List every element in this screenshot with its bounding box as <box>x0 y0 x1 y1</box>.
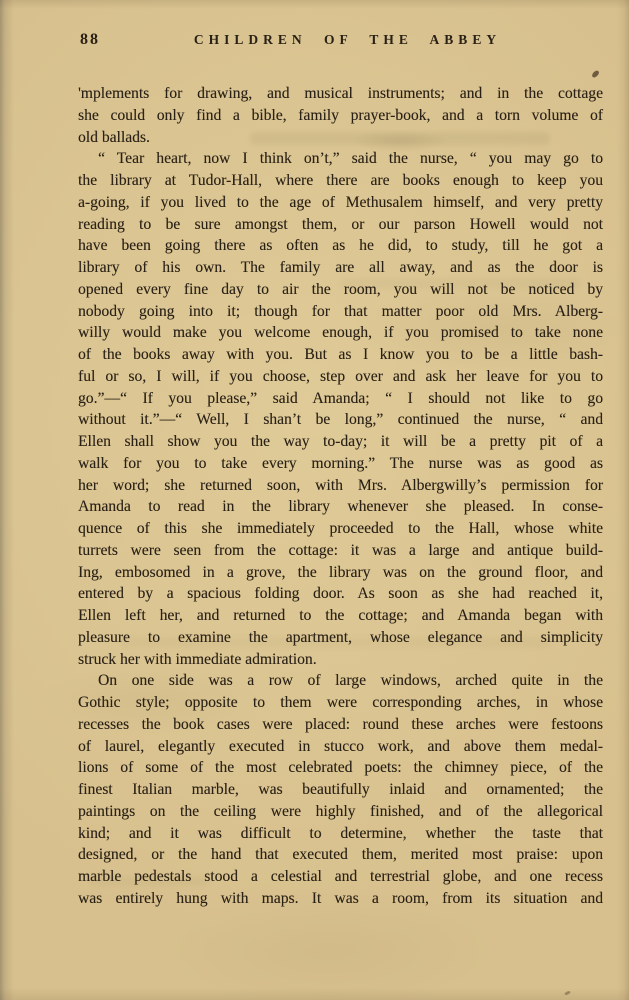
text-line: kind; and it was difficult to determine,… <box>78 823 603 845</box>
text-line: of laurel, elegantly executed in stucco … <box>78 736 603 758</box>
paragraph: “ Tear heart, now I think on’t,” said th… <box>78 148 603 670</box>
text-line: library of his own. The family are all a… <box>78 257 603 279</box>
text-line: walk for you to take every morning.” The… <box>78 453 603 475</box>
text-line: her word; she returned soon, with Mrs. A… <box>78 475 603 497</box>
text-line: Ellen left her, and returned to the cott… <box>78 605 603 627</box>
text-line: old ballads. <box>78 127 603 149</box>
text-line: pleasure to examine the apartment, whose… <box>78 627 603 649</box>
text-line: ful or so, I will, if you choose, step o… <box>78 366 603 388</box>
text-line: she could only find a bible, family pray… <box>78 105 603 127</box>
text-line: willy would make you welcome enough, if … <box>78 322 603 344</box>
text-line: recesses the book cases were placed: rou… <box>78 714 603 736</box>
text-line: was entirely hung with maps. It was a ro… <box>78 888 603 910</box>
text-line: entered by a spacious folding door. As s… <box>78 583 603 605</box>
text-line: without it.”—“ Well, I shan’t be long,” … <box>78 409 603 431</box>
text-line: a-going, if you lived to the age of Meth… <box>78 192 603 214</box>
ink-speck <box>564 990 571 996</box>
text-line: Ellen shall show you the way to-day; it … <box>78 431 603 453</box>
text-line: marble pedestals stood a celestial and t… <box>78 866 603 888</box>
text-line: Ing, embosomed in a grove, the library w… <box>78 562 603 584</box>
running-title: CHILDREN OF THE ABBEY <box>78 30 603 48</box>
book-page-scan: 88 CHILDREN OF THE ABBEY 'mplements for … <box>0 0 629 1000</box>
page-body: 'mplements for drawing, and musical inst… <box>78 83 603 910</box>
text-line: lions of some of the most celebrated poe… <box>78 757 603 779</box>
text-line: reading to be sure amongst them, or our … <box>78 214 603 236</box>
text-line: On one side was a row of large windows, … <box>78 670 603 692</box>
text-line: go.”—“ If you please,” said Amanda; “ I … <box>78 388 603 410</box>
text-line: quence of this she immediately proceeded… <box>78 518 603 540</box>
text-line: nobody going into it; though for that ma… <box>78 301 603 323</box>
text-line: “ Tear heart, now I think on’t,” said th… <box>78 148 603 170</box>
text-line: 'mplements for drawing, and musical inst… <box>78 83 603 105</box>
text-line: Gothic style; opposite to them were corr… <box>78 692 603 714</box>
running-head: 88 CHILDREN OF THE ABBEY <box>78 30 603 52</box>
text-line: finest Italian marble, was beautifully i… <box>78 779 603 801</box>
text-line: opened every fine day to air the room, y… <box>78 279 603 301</box>
text-line: the library at Tudor-Hall, where there a… <box>78 170 603 192</box>
text-line: paintings on the ceiling were highly fin… <box>78 801 603 823</box>
text-line: have been going there as often as he did… <box>78 235 603 257</box>
text-line: turrets were seen from the cottage: it w… <box>78 540 603 562</box>
paragraph: 'mplements for drawing, and musical inst… <box>78 83 603 148</box>
text-line: struck her with immediate admiration. <box>78 649 603 671</box>
text-line: Amanda to read in the library whenever s… <box>78 496 603 518</box>
text-line: designed, or the hand that executed them… <box>78 844 603 866</box>
page-number: 88 <box>80 31 100 49</box>
paragraph: On one side was a row of large windows, … <box>78 670 603 909</box>
ink-speck <box>591 69 600 78</box>
text-line: of the books away with you. But as I kno… <box>78 344 603 366</box>
